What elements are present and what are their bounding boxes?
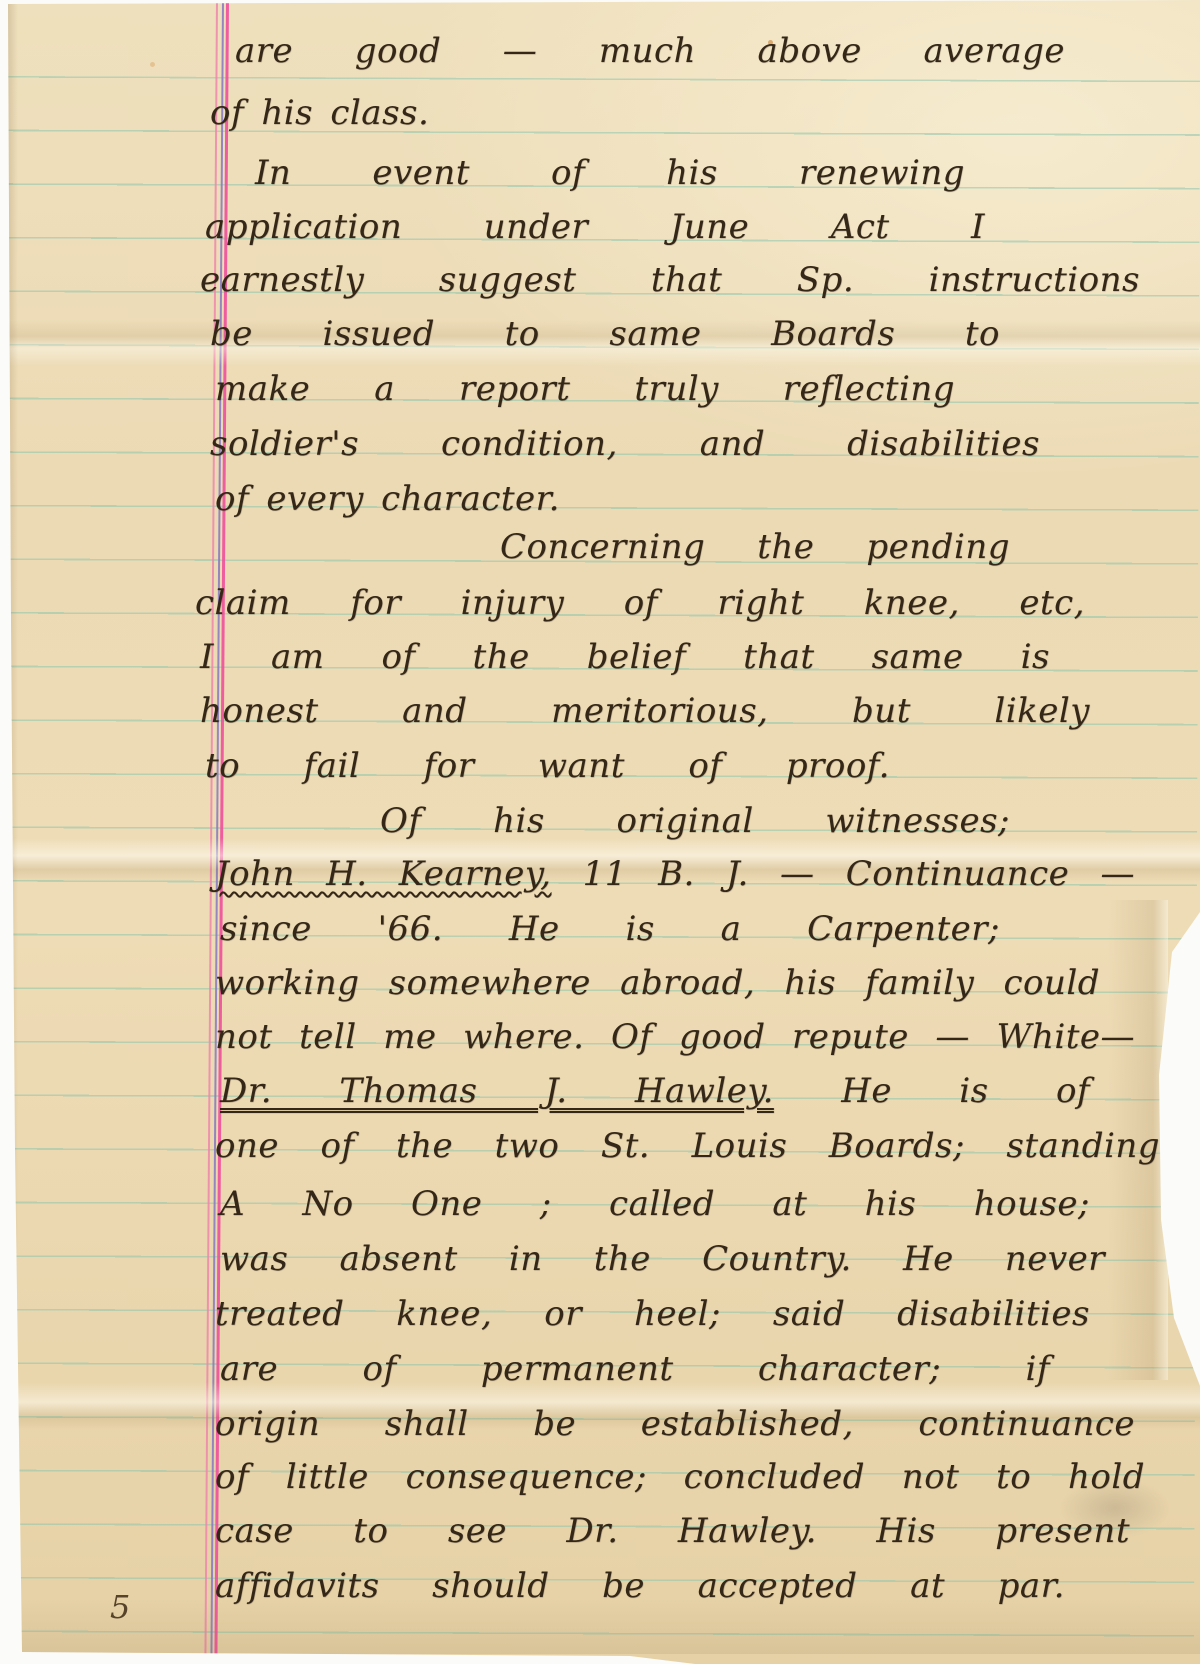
handwritten-line: not tell me where. Of good repute — Whit… <box>215 1016 1135 1059</box>
handwritten-line: affidavits should be accepted at par. <box>215 1565 1065 1608</box>
handwritten-line: claim for injury of right knee, etc, <box>195 582 1085 625</box>
handwritten-line: are of permanent character; if <box>220 1348 1050 1391</box>
line-continuation: He is of <box>841 1071 1090 1111</box>
handwritten-line: of little consequence; concluded not to … <box>215 1456 1145 1499</box>
handwritten-line: application under June Act I <box>205 206 985 249</box>
handwritten-line: treated knee, or heel; said disabilities <box>215 1293 1090 1336</box>
handwritten-line: working somewhere abroad, his family cou… <box>215 962 1100 1005</box>
handwritten-line: John H. Kearney, 11 B. J. — Continuance … <box>215 853 1135 896</box>
handwritten-line: A No One ; called at his house; <box>220 1183 1090 1226</box>
page-number: 5 <box>110 1588 130 1626</box>
handwritten-line: In event of his renewing <box>255 152 965 195</box>
document-page: are good — much above average of his cla… <box>0 0 1200 1664</box>
handwritten-line: soldier's condition, and disabilities <box>210 423 1040 466</box>
witness-name-kearney: John H. Kearney, <box>215 854 551 894</box>
handwritten-line: origin shall be established, continuance <box>215 1403 1135 1446</box>
edge-shadow <box>8 0 18 1664</box>
handwritten-line: Dr. Thomas J. Hawley. He is of <box>220 1070 1090 1113</box>
handwritten-line: Of his original witnesses; <box>380 800 1010 843</box>
handwritten-line: be issued to same Boards to <box>210 313 1000 356</box>
handwritten-line: earnestly suggest that Sp. instructions <box>200 259 1140 302</box>
handwritten-line: are good — much above average <box>235 30 1065 73</box>
handwritten-line: of every character. <box>215 478 575 521</box>
paper-speck <box>150 62 155 67</box>
witness-name-hawley: Dr. Thomas J. Hawley. <box>220 1071 774 1111</box>
handwritten-line: to fail for want of proof. <box>205 745 890 788</box>
handwritten-line: case to see Dr. Hawley. His present <box>215 1510 1130 1553</box>
handwritten-line: was absent in the Country. He never <box>220 1238 1105 1281</box>
handwritten-line: I am of the belief that same is <box>200 636 1050 679</box>
handwritten-line: of his class. <box>210 92 470 135</box>
handwritten-line: honest and meritorious, but likely <box>200 690 1090 733</box>
scanned-document: { "document": { "type": "handwritten man… <box>0 0 1200 1664</box>
line-continuation: 11 B. J. — Continuance — <box>583 854 1135 894</box>
handwritten-line: Concerning the pending <box>500 526 1010 569</box>
handwritten-line: one of the two St. Louis Boards; standin… <box>215 1125 1160 1168</box>
handwritten-line: make a report truly reflecting <box>215 368 955 411</box>
handwritten-line: since '66. He is a Carpenter; <box>220 908 1000 951</box>
